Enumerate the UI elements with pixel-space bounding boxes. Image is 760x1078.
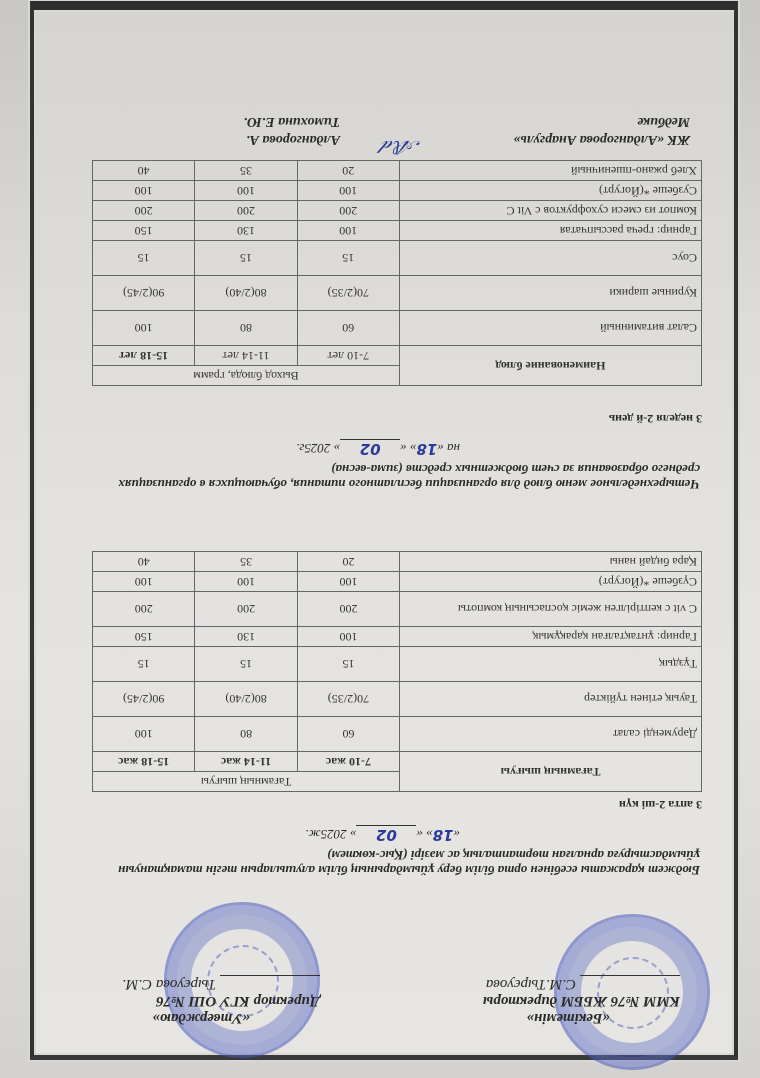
- portion-value: 15: [297, 241, 399, 276]
- portion-value: 130: [195, 221, 297, 241]
- portion-value: 100: [195, 572, 297, 592]
- portion-value: 100: [297, 572, 399, 592]
- age-header: 11-14 жас: [195, 752, 297, 772]
- date-mid: » «: [416, 827, 432, 842]
- table-row: Сузбеше *(Йогурт)100100100: [93, 181, 702, 201]
- table-row: Салат витаминный6080100: [93, 311, 702, 346]
- dish-name: Соус: [399, 241, 701, 276]
- approval-label: «Утверждаю»: [122, 1009, 320, 1026]
- portion-value: 100: [93, 181, 195, 201]
- dish-name: Сузбеше *(Йогурт): [399, 181, 701, 201]
- signer-role: Медбике: [513, 112, 690, 130]
- russian-menu-title: Четырехнедельное меню блюд для организац…: [80, 462, 700, 492]
- date-suffix: » 2025ж.: [305, 827, 356, 842]
- portion-value: 80: [195, 717, 297, 752]
- portion-value: 90(2/45): [93, 682, 195, 717]
- table-row: Соус151515: [93, 241, 702, 276]
- portion-value: 100: [297, 627, 399, 647]
- signer-name: Алдангорова А.: [244, 130, 341, 148]
- age-header: 7-10 жас: [297, 752, 399, 772]
- date-prefix: «: [454, 827, 461, 842]
- dish-name: Гарнир: греча рассыпчатая: [399, 221, 701, 241]
- signer-org: ЖК «Алдангорова Анаргуль»: [513, 130, 690, 148]
- group-header: Тағамның шығуы: [93, 772, 400, 792]
- portion-value: 100: [195, 181, 297, 201]
- portion-value: 100: [93, 717, 195, 752]
- signer-block-left: ЖК «Алдангорова Анаргуль» Медбике: [513, 112, 690, 148]
- approval-label: «Бекітемін»: [483, 1009, 680, 1026]
- dish-name: Компот из смеси сухофруктов с Vit C: [399, 201, 701, 221]
- table-row: Дәрумендi салат6080100: [93, 717, 702, 752]
- kazakh-day-heading: 3 апта 2-ші күн: [619, 797, 702, 812]
- age-header: 15-18 жас: [93, 752, 195, 772]
- portion-value: 80: [195, 311, 297, 346]
- russian-menu-date: на «18» «02» 2025г.: [296, 439, 460, 458]
- age-header: 15-18 лет: [93, 346, 195, 366]
- portion-value: 20: [297, 161, 399, 181]
- kazakh-menu-title: Бюджет қаражаты есебінен орта білім беру…: [80, 848, 700, 878]
- dish-name: Дәрумендi салат: [400, 717, 702, 752]
- portion-value: 15: [93, 241, 195, 276]
- portion-value: 90(2/45): [93, 276, 195, 311]
- portion-value: 60: [297, 311, 399, 346]
- portion-value: 35: [195, 552, 297, 572]
- dish-name: Хлеб ржано-пшеничный: [399, 161, 701, 181]
- portion-value: 200: [297, 592, 399, 627]
- portion-value: 15: [195, 647, 297, 682]
- portion-value: 35: [195, 161, 297, 181]
- table-row: Сүзбеше *(Йогурт)100100100: [93, 572, 702, 592]
- portion-value: 15: [297, 647, 399, 682]
- group-header: Выход блюда, грамм: [93, 366, 400, 386]
- portion-value: 70(2/35): [297, 276, 399, 311]
- signer-block-right: Алдангорова А. Тимохина Е.Ю.: [244, 112, 341, 148]
- portion-value: 200: [195, 201, 297, 221]
- kazakh-menu-date: «18» «02» 2025ж.: [305, 825, 460, 844]
- portion-value: 15: [195, 241, 297, 276]
- handwritten-signature: 𝒜ℓ𝒹: [383, 135, 420, 160]
- portion-value: 80(2/40): [195, 682, 297, 717]
- approval-block-kazakh: «Бекітемін» КММ №76 ЖББМ директоры С.М.Т…: [483, 975, 680, 1026]
- date-month: 02: [376, 826, 397, 844]
- portion-value: 80(2/40): [195, 276, 297, 311]
- name-header: Тағамның шығуы: [400, 752, 702, 792]
- date-month: 02: [360, 440, 381, 458]
- russian-day-heading: 3 неделя 2-й день: [609, 411, 702, 426]
- approval-block-russian: «Утверждаю» Директор КГУ ОШ №76 Тырєуова…: [122, 975, 320, 1026]
- age-header: 11-14 лет: [195, 346, 297, 366]
- dish-name: Куриные шарики: [399, 276, 701, 311]
- approval-org: Директор КГУ ОШ №76: [122, 992, 320, 1009]
- portion-value: 40: [93, 552, 195, 572]
- date-prefix: на «: [437, 441, 460, 456]
- portion-value: 20: [297, 552, 399, 572]
- approval-name: Тырєуова С.М.: [122, 976, 216, 992]
- portion-value: 130: [195, 627, 297, 647]
- portion-value: 150: [93, 221, 195, 241]
- table-row: Тұздық151515: [93, 647, 702, 682]
- portion-value: 200: [93, 201, 195, 221]
- portion-value: 200: [93, 592, 195, 627]
- portion-value: 40: [93, 161, 195, 181]
- dish-name: Гарнир: ұнтақталған қарақұмық: [400, 627, 702, 647]
- portion-value: 200: [297, 201, 399, 221]
- dish-name: С vit с кептірілген жеміс қоспасының ком…: [400, 592, 702, 627]
- date-mid: » «: [400, 441, 416, 456]
- dish-name: Тауық етінен түйіктер: [400, 682, 702, 717]
- document-page-rotated: «Бекітемін» КММ №76 ЖББМ директоры С.М.Т…: [0, 0, 760, 1078]
- age-header: 7-10 лет: [297, 346, 399, 366]
- signer-name: Тимохина Е.Ю.: [244, 112, 341, 130]
- table-row: Компот из смеси сухофруктов с Vit C20020…: [93, 201, 702, 221]
- date-suffix: » 2025г.: [296, 441, 340, 456]
- portion-value: 100: [93, 311, 195, 346]
- signature-line: [220, 975, 320, 988]
- portion-value: 70(2/35): [297, 682, 399, 717]
- approval-org: КММ №76 ЖББМ директоры: [483, 992, 680, 1009]
- dish-name: Қара бидай наны: [400, 552, 702, 572]
- dish-name: Тұздық: [400, 647, 702, 682]
- table-row: Тауық етінен түйіктер70(2/35)80(2/40)90(…: [93, 682, 702, 717]
- russian-menu-table: Наименование блюд Выход блюда, грамм 7-1…: [92, 160, 702, 386]
- portion-value: 200: [195, 592, 297, 627]
- portion-value: 150: [93, 627, 195, 647]
- table-row: С vit с кептірілген жеміс қоспасының ком…: [93, 592, 702, 627]
- portion-value: 100: [93, 572, 195, 592]
- name-header: Наименование блюд: [399, 346, 701, 386]
- portion-value: 100: [297, 181, 399, 201]
- dish-name: Салат витаминный: [399, 311, 701, 346]
- date-day: 18: [416, 440, 437, 458]
- portion-value: 100: [297, 221, 399, 241]
- approval-name: С.М.Тырєуова: [486, 976, 576, 992]
- portion-value: 60: [297, 717, 399, 752]
- table-row: Хлеб ржано-пшеничный203540: [93, 161, 702, 181]
- signature-line: [580, 975, 680, 988]
- kazakh-menu-table: Тағамның шығуы Тағамның шығуы 7-10 жас 1…: [92, 551, 702, 792]
- portion-value: 15: [93, 647, 195, 682]
- table-row: Қара бидай наны203540: [93, 552, 702, 572]
- table-row: Куриные шарики70(2/35)80(2/40)90(2/45): [93, 276, 702, 311]
- dish-name: Сүзбеше *(Йогурт): [400, 572, 702, 592]
- date-day: 18: [433, 826, 454, 844]
- table-row: Гарнир: ұнтақталған қарақұмық100130150: [93, 627, 702, 647]
- table-row: Гарнир: греча рассыпчатая100130150: [93, 221, 702, 241]
